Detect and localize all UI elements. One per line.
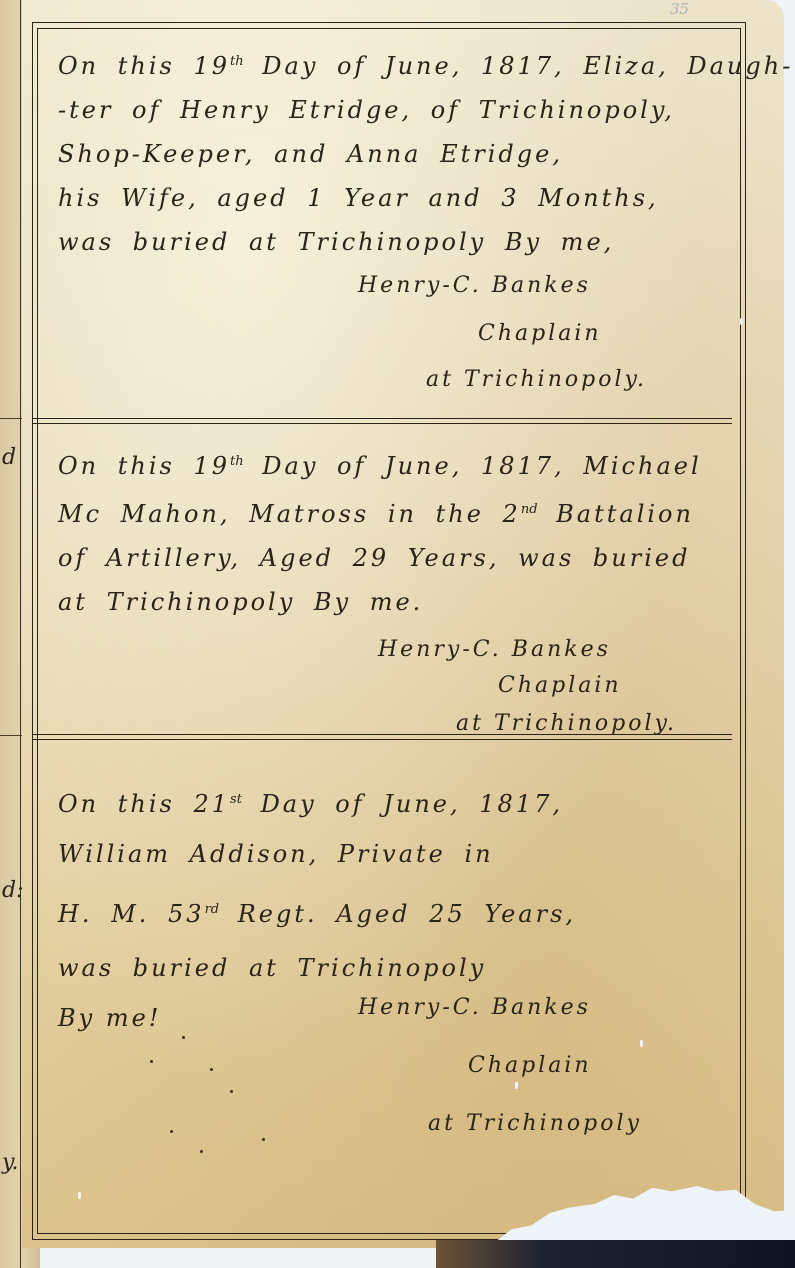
ink-speck <box>150 1060 153 1063</box>
closing-row: By me! Henry-C. Bankes <box>58 994 718 1046</box>
signature-location: at Trichinopoly. <box>58 366 718 394</box>
left-page-divider <box>0 418 22 419</box>
entry-divider <box>32 418 732 424</box>
signature-title: Chaplain <box>58 1052 718 1080</box>
signature-location: at Trichinopoly <box>58 1110 718 1138</box>
entry-line: was buried at Trichinopoly By me, <box>58 220 718 264</box>
entry-line: H. M. 53rd Regt. Aged 25 Years, <box>58 888 718 936</box>
burial-entry-1: On this 19th Day of June, 1817, Eliza, D… <box>58 40 718 394</box>
ink-speck <box>182 1036 185 1039</box>
left-page-fragment: d: <box>2 878 24 903</box>
left-page-divider <box>0 735 22 736</box>
burial-entry-3: On this 21st Day of June, 1817, William … <box>58 778 718 1138</box>
paper-hole <box>640 1040 643 1047</box>
table-edge <box>436 1240 795 1268</box>
entry-line: Shop-Keeper, and Anna Etridge, <box>58 132 718 176</box>
entry-line: his Wife, aged 1 Year and 3 Months, <box>58 176 718 220</box>
left-page-fragment: y. <box>2 1150 19 1175</box>
ink-speck <box>230 1090 233 1093</box>
entry-line: On this 19th Day of June, 1817, Michael <box>58 440 718 488</box>
entry-line: of Artillery, Aged 29 Years, was buried <box>58 536 718 580</box>
entry-line: at Trichinopoly By me. <box>58 580 718 624</box>
signature-location: at Trichinopoly. <box>58 710 718 738</box>
paper-hole <box>740 318 743 325</box>
photo-scene: d d: y. 35 On this 19th Day of June, 181… <box>0 0 795 1268</box>
ink-speck <box>170 1130 173 1133</box>
left-page-fragment: d <box>2 445 16 470</box>
signature-name: Henry-C. Bankes <box>358 994 591 1022</box>
entry-line: By me! <box>58 1004 161 1032</box>
signature-name: Henry-C. Bankes <box>58 636 718 664</box>
left-page-rule <box>20 0 21 1268</box>
entry-line: William Addison, Private in <box>58 832 718 876</box>
signature-title: Chaplain <box>58 672 718 700</box>
ink-speck <box>262 1138 265 1141</box>
entry-line: On this 19th Day of June, 1817, Eliza, D… <box>58 40 718 88</box>
entry-line: Mc Mahon, Matross in the 2nd Battalion <box>58 488 718 536</box>
paper-hole <box>515 1082 518 1089</box>
burial-entry-2: On this 19th Day of June, 1817, Michael … <box>58 440 718 738</box>
signature-title: Chaplain <box>58 320 718 348</box>
paper-hole <box>78 1192 81 1199</box>
ink-speck <box>200 1150 203 1153</box>
entry-line: was buried at Trichinopoly <box>58 946 718 990</box>
page-number: 35 <box>670 0 689 18</box>
entry-line: On this 21st Day of June, 1817, <box>58 778 718 826</box>
ink-speck <box>210 1068 213 1071</box>
signature-name: Henry-C. Bankes <box>58 272 718 300</box>
entry-line: -ter of Henry Etridge, of Trichinopoly, <box>58 88 718 132</box>
